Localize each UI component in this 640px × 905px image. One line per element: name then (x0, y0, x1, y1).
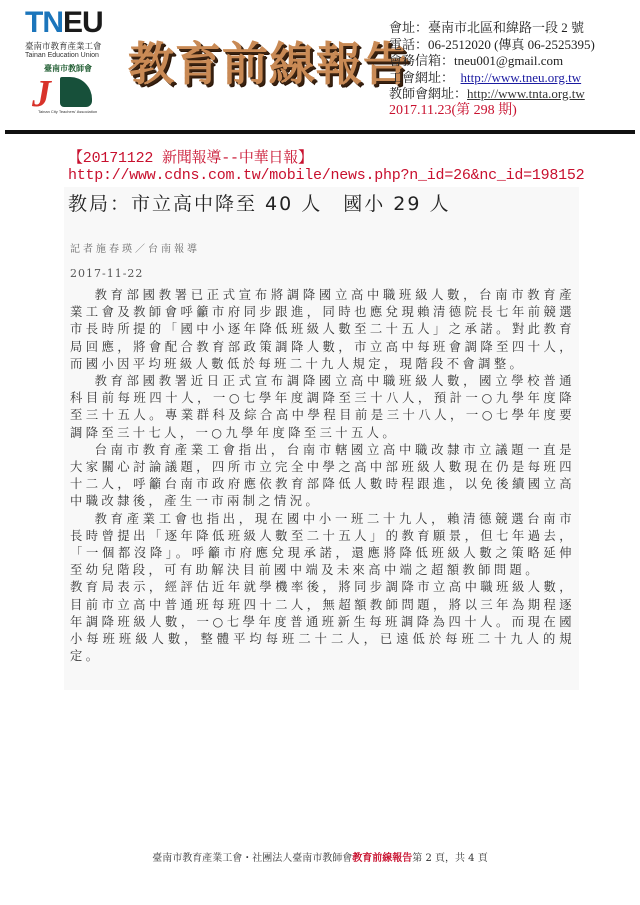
article-byline: 記者施春瑛／台南報導 (70, 240, 200, 255)
emblem-leaf-icon (60, 77, 92, 107)
footer-page-info: 第 2 頁，共 4 頁 (412, 853, 487, 864)
article-paragraph: 教育部國教署已正式宣布將調降國立高中職班級人數，台南市教育產業工會及教師會呼籲市… (70, 287, 575, 373)
header-divider (5, 130, 635, 134)
tneu-logo: TNEU 臺南市教育產業工會 Tainan Education Union 臺南… (22, 8, 118, 126)
teachers-website-row: 教師會網址：http://www.tnta.org.tw (389, 86, 595, 103)
tneu-wordmark: TNEU (25, 8, 118, 38)
article-headline: 教局：市立高中降至 40 人 國小 29 人 (68, 189, 451, 216)
teachers-website-link[interactable]: http://www.tnta.org.tw (467, 86, 585, 101)
article-paragraph: 教育局表示，經評估近年就學機率後，將同步調降市立高中職班級人數，目前市立高中普通… (70, 579, 575, 665)
article-date: 2017-11-22 (70, 267, 143, 280)
emblem-caption: Tainan City Teachers' Association (38, 109, 97, 114)
teachers-association-emblem: 臺南市教師會 J Tainan City Teachers' Associati… (30, 63, 110, 117)
union-website-row: 工會網址： http://www.tneu.org.tw (389, 70, 595, 87)
emblem-text: 臺南市教師會 (44, 63, 92, 74)
phone: 電話：06-2512020 (傳真 06-2525395) (389, 37, 595, 54)
union-name-cn: 臺南市教育產業工會 (25, 40, 118, 52)
article-paragraph: 教育部國教署近日正式宣布調降國立高中職班級人數，國立學校普通科目前每班四十人，一… (70, 373, 575, 442)
article: 教局：市立高中降至 40 人 國小 29 人 記者施春瑛／台南報導 2017-1… (64, 187, 579, 690)
article-paragraph: 教育產業工會也指出，現在國中小一班二十九人，賴清德競選台南市長時曾提出「逐年降低… (70, 511, 575, 580)
union-name-en: Tainan Education Union (25, 52, 118, 59)
address: 會址：臺南市北區和緯路一段 2 號 (389, 20, 595, 37)
contact-info: 會址：臺南市北區和緯路一段 2 號 電話：06-2512020 (傳真 06-2… (389, 20, 595, 119)
footer-publication: 教育前線報告 (352, 853, 412, 864)
footer-org: 臺南市教育產業工會・社團法人臺南市教師會 (152, 853, 352, 864)
masthead-title: 教育前線報告 (128, 34, 410, 94)
union-website-link[interactable]: http://www.tneu.org.tw (461, 70, 582, 85)
article-body: 教育部國教署已正式宣布將調降國立高中職班級人數，台南市教育產業工會及教師會呼籲市… (70, 287, 575, 665)
union-website-label: 工會網址： (389, 70, 454, 85)
news-url[interactable]: http://www.cdns.com.tw/mobile/news.php?n… (68, 167, 584, 184)
news-source: 【20171122 新聞報導--中華日報】 (68, 146, 313, 167)
page-footer: 臺南市教育產業工會・社團法人臺南市教師會教育前線報告第 2 頁，共 4 頁 (0, 849, 640, 864)
email: 會務信箱：tneu001@gmail.com (389, 53, 595, 70)
article-paragraph: 台南市教育產業工會指出，台南市轄國立高中職改隸市立議題一直是大家關心討論議題，四… (70, 442, 575, 511)
teachers-website-label: 教師會網址： (389, 86, 467, 101)
issue-date: 2017.11.23(第 298 期) (389, 103, 595, 120)
emblem-letter: J (32, 75, 51, 113)
